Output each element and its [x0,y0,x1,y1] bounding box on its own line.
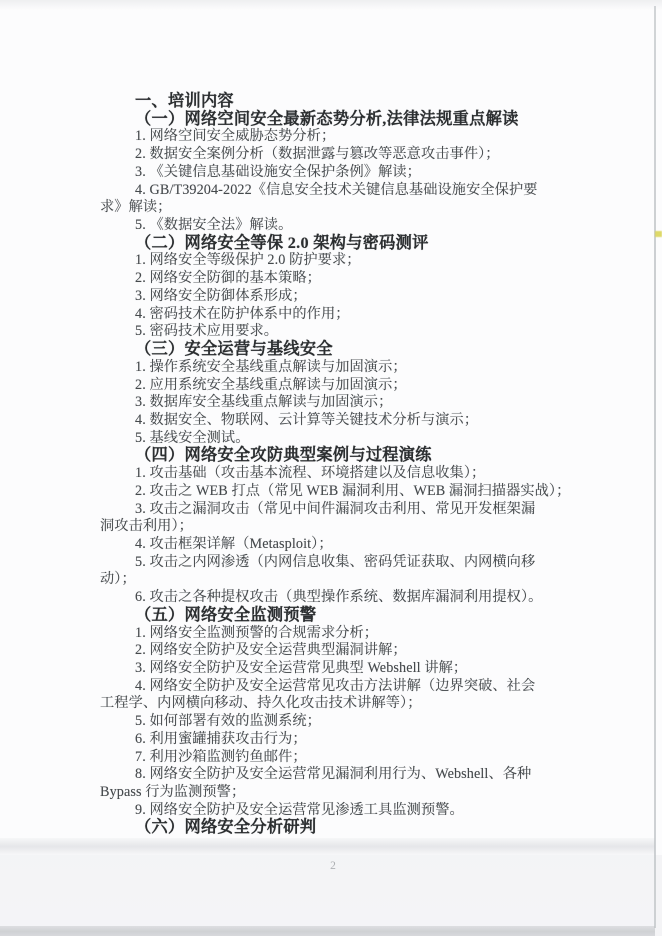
text-line: Bypass 行为监测预警； [100,784,578,802]
text-line: 动）； [100,571,578,589]
text-line: 5. 攻击之内网渗透（内网信息收集、密码凭证获取、内网横向移 [100,554,578,572]
text-line: 洞攻击利用）； [100,518,578,536]
text-line: 9. 网络安全防护及安全运营常见渗透工具监测预警。 [100,802,578,820]
document-body: 一、培训内容（一）网络空间安全最新态势分析,法律法规重点解读1. 网络空间安全威… [100,93,578,837]
section-heading: （二）网络安全等保 2.0 架构与密码测评 [100,235,578,253]
scan-edge-line [654,6,656,928]
text-line: 3. 网络安全防护及安全运营常见典型 Webshell 讲解； [100,660,578,678]
text-line: 4. GB/T39204-2022《信息安全技术关键信息基础设施安全保护要 [100,182,578,200]
text-line: 4. 密码技术在防护体系中的作用； [100,306,578,324]
text-line: 2. 数据安全案例分析（数据泄露与篡改等恶意攻击事件）； [100,146,578,164]
scan-lower-shading [0,855,655,926]
section-heading: （五）网络安全监测预警 [100,607,578,625]
scan-top-shading [0,0,662,10]
text-line: 2. 网络安全防御的基本策略； [100,270,578,288]
text-line: 1. 攻击基础（攻击基本流程、环境搭建以及信息收集）； [100,465,578,483]
text-line: 7. 利用沙箱监测钓鱼邮件； [100,749,578,767]
text-line: 1. 网络安全等级保护 2.0 防护要求； [100,252,578,270]
text-line: 4. 数据安全、物联网、云计算等关键技术分析与演示； [100,412,578,430]
section-heading: （六）网络安全分析研判 [100,819,578,837]
text-line: 2. 攻击之 WEB 打点（常见 WEB 漏洞利用、WEB 漏洞扫描器实战）； [100,483,578,501]
text-line: 6. 利用蜜罐捕获攻击行为； [100,731,578,749]
text-line: 5. 密码技术应用要求。 [100,323,578,341]
text-line: 1. 操作系统安全基线重点解读与加固演示； [100,359,578,377]
text-line: 4. 攻击框架详解（Metasploit）； [100,536,578,554]
text-line: 3. 《关键信息基础设施安全保护条例》解读； [100,164,578,182]
text-line: 3. 网络安全防御体系形成； [100,288,578,306]
section-heading: （一）网络空间安全最新态势分析,法律法规重点解读 [100,111,578,129]
scan-shadow-band [0,838,655,855]
section-heading: （四）网络安全攻防典型案例与过程演练 [100,447,578,465]
text-line: 求》解读； [100,199,578,217]
text-line: 2. 网络安全防护及安全运营典型漏洞讲解； [100,642,578,660]
text-line: 5. 如何部署有效的监测系统； [100,713,578,731]
scan-artifact-mark [655,231,662,237]
text-line: 3. 数据库安全基线重点解读与加固演示； [100,394,578,412]
text-line: 6. 攻击之各种提权攻击（典型操作系统、数据库漏洞利用提权）。 [100,589,578,607]
text-line: 4. 网络安全防护及安全运营常见攻击方法讲解（边界突破、社会 [100,678,578,696]
text-line: 8. 网络安全防护及安全运营常见漏洞利用行为、Webshell、各种 [100,766,578,784]
text-line: 3. 攻击之漏洞攻击（常见中间件漏洞攻击利用、常见开发框架漏 [100,501,578,519]
text-line: 1. 网络安全监测预警的合规需求分析； [100,625,578,643]
text-line: 1. 网络空间安全威胁态势分析； [100,128,578,146]
scanned-document-page: 一、培训内容（一）网络空间安全最新态势分析,法律法规重点解读1. 网络空间安全威… [0,0,662,936]
text-line: 5. 《数据安全法》解读。 [100,217,578,235]
section-heading: 一、培训内容 [100,93,578,111]
text-line: 2. 应用系统安全基线重点解读与加固演示； [100,377,578,395]
text-line: 5. 基线安全测试。 [100,430,578,448]
section-heading: （三）安全运营与基线安全 [100,341,578,359]
text-line: 工程学、内网横向移动、持久化攻击技术讲解等）； [100,695,578,713]
scan-bottom-edge [0,926,655,936]
scan-corner-area [655,855,662,936]
